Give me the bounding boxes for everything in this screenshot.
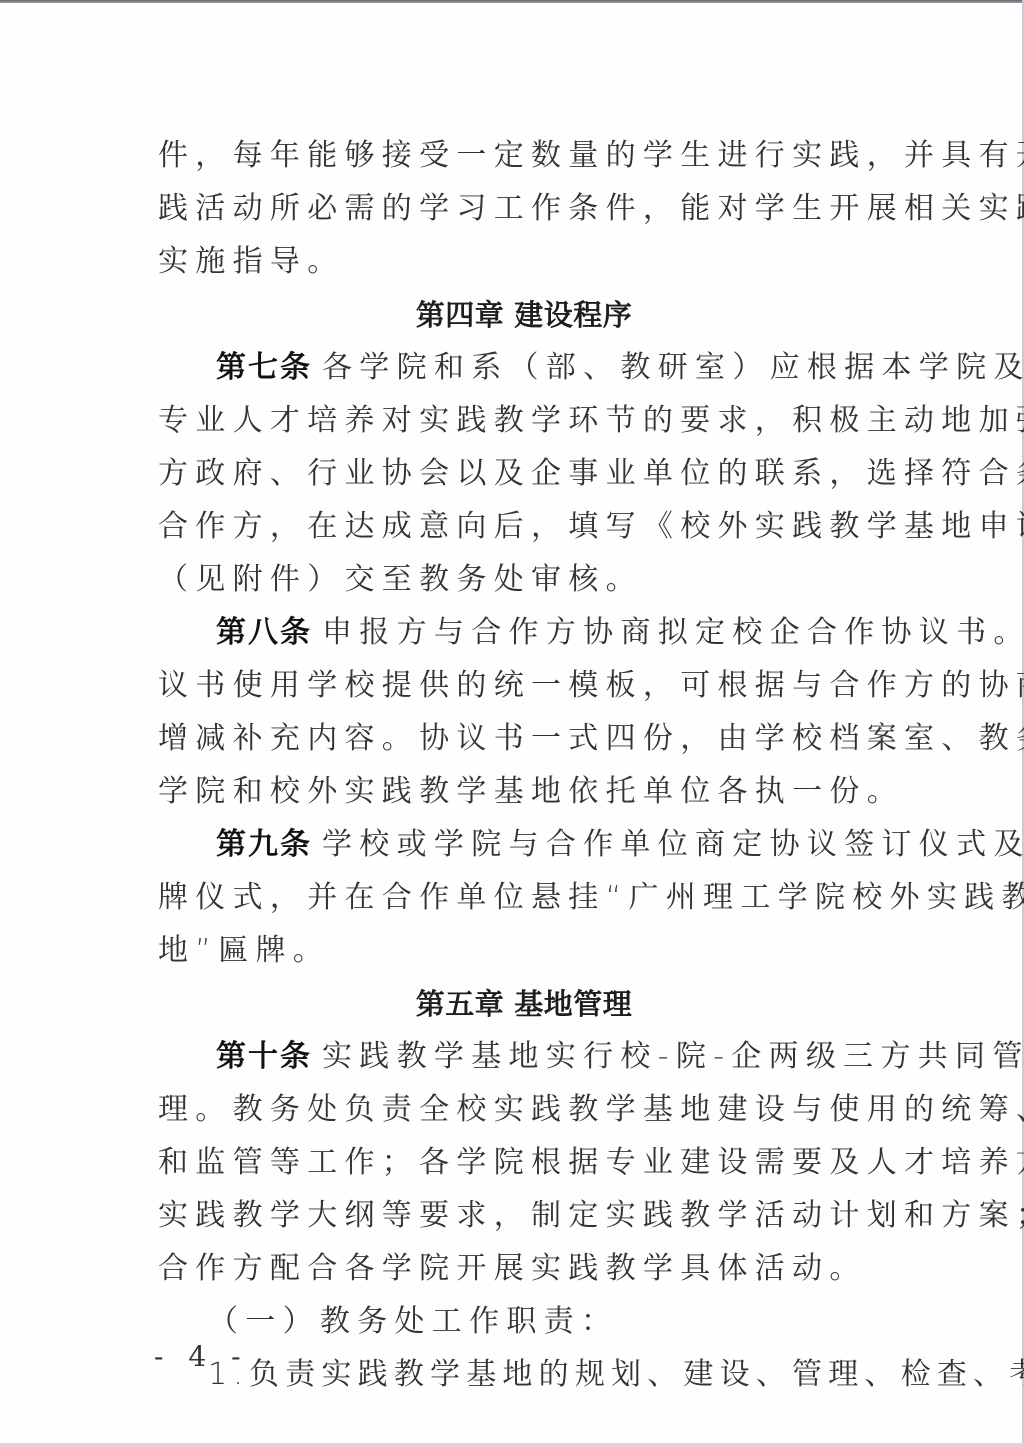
article-7: 第七条各学院和系（部、教研室）应根据本学院及本 专业人才培养对实践教学环节的要求… xyxy=(158,345,870,610)
chapter-heading-4: 第四章建设程序 xyxy=(158,292,870,345)
text-line: 第九条学校或学院与合作单位商定协议签订仪式及挂 xyxy=(158,822,870,875)
text-line: 实践教学大纲等要求，制定实践教学活动计划和方案；企业 xyxy=(158,1193,870,1246)
article-text: 各学院和系（部、教研室）应根据本学院及本 xyxy=(322,350,1024,385)
document-body: 件，每年能够接受一定数量的学生进行实践，并具有开展实 践活动所必需的学习工作条件… xyxy=(158,133,870,1405)
text-line: 合作方，在达成意向后，填写《校外实践教学基地申请表》 xyxy=(158,504,870,557)
article-number: 第七条 xyxy=(216,350,312,385)
text-line: 方政府、行业协会以及企事业单位的联系，选择符合条件的 xyxy=(158,451,870,504)
article-text: 申报方与合作方协商拟定校企合作协议书。协 xyxy=(322,615,1024,650)
article-8: 第八条申报方与合作方协商拟定校企合作协议书。协 议书使用学校提供的统一模板，可根… xyxy=(158,610,870,822)
article-10: 第十条实践教学基地实行校-院-企两级三方共同管 理。教务处负责全校实践教学基地建… xyxy=(158,1034,870,1299)
text-line: （见附件）交至教务处审核。 xyxy=(158,557,870,610)
page-number: - 4 - xyxy=(154,1340,249,1373)
text-line: 合作方配合各学院开展实践教学具体活动。 xyxy=(158,1246,870,1299)
article-text: 实践教学基地实行校-院-企两级三方共同管 xyxy=(322,1039,1024,1074)
text-line: 地”匾牌。 xyxy=(158,928,870,981)
text-line: 践活动所必需的学习工作条件，能对学生开展相关实践活动 xyxy=(158,186,870,239)
chapter-number: 第五章 xyxy=(416,987,505,1021)
chapter-title: 基地管理 xyxy=(514,987,632,1021)
text-line: 牌仪式，并在合作单位悬挂“广州理工学院校外实践教学基 xyxy=(158,875,870,928)
text-line: 件，每年能够接受一定数量的学生进行实践，并具有开展实 xyxy=(158,133,870,186)
article-number: 第八条 xyxy=(216,615,312,650)
article-number: 第九条 xyxy=(216,827,312,862)
text-line: 实施指导。 xyxy=(158,239,870,292)
text-line: 专业人才培养对实践教学环节的要求，积极主动地加强与地 xyxy=(158,398,870,451)
text-line: 第十条实践教学基地实行校-院-企两级三方共同管 xyxy=(158,1034,870,1087)
article-9: 第九条学校或学院与合作单位商定协议签订仪式及挂 牌仪式，并在合作单位悬挂“广州理… xyxy=(158,822,870,981)
article-text: 学校或学院与合作单位商定协议签订仪式及挂 xyxy=(322,827,1024,862)
article-number: 第十条 xyxy=(216,1039,312,1074)
text-line: 学院和校外实践教学基地依托单位各执一份。 xyxy=(158,769,870,822)
text-line: 和监管等工作；各学院根据专业建设需要及人才培养方案、 xyxy=(158,1140,870,1193)
scan-top-edge xyxy=(0,0,1024,3)
text-line: 增减补充内容。协议书一式四份，由学校档案室、教务处、 xyxy=(158,716,870,769)
text-line: 第七条各学院和系（部、教研室）应根据本学院及本 xyxy=(158,345,870,398)
chapter-number: 第四章 xyxy=(416,298,505,332)
chapter-title: 建设程序 xyxy=(514,298,632,332)
list-item: 1.负责实践教学基地的规划、建设、管理、检查、考核 xyxy=(158,1352,870,1405)
chapter-heading-5: 第五章基地管理 xyxy=(158,981,870,1034)
text-line: 第八条申报方与合作方协商拟定校企合作协议书。协 xyxy=(158,610,870,663)
section-subheading: （一）教务处工作职责： xyxy=(158,1299,870,1352)
text-line: 理。教务处负责全校实践教学基地建设与使用的统筹、协调 xyxy=(158,1087,870,1140)
continuation-paragraph: 件，每年能够接受一定数量的学生进行实践，并具有开展实 践活动所必需的学习工作条件… xyxy=(158,133,870,292)
text-line: 议书使用学校提供的统一模板，可根据与合作方的协商结果 xyxy=(158,663,870,716)
